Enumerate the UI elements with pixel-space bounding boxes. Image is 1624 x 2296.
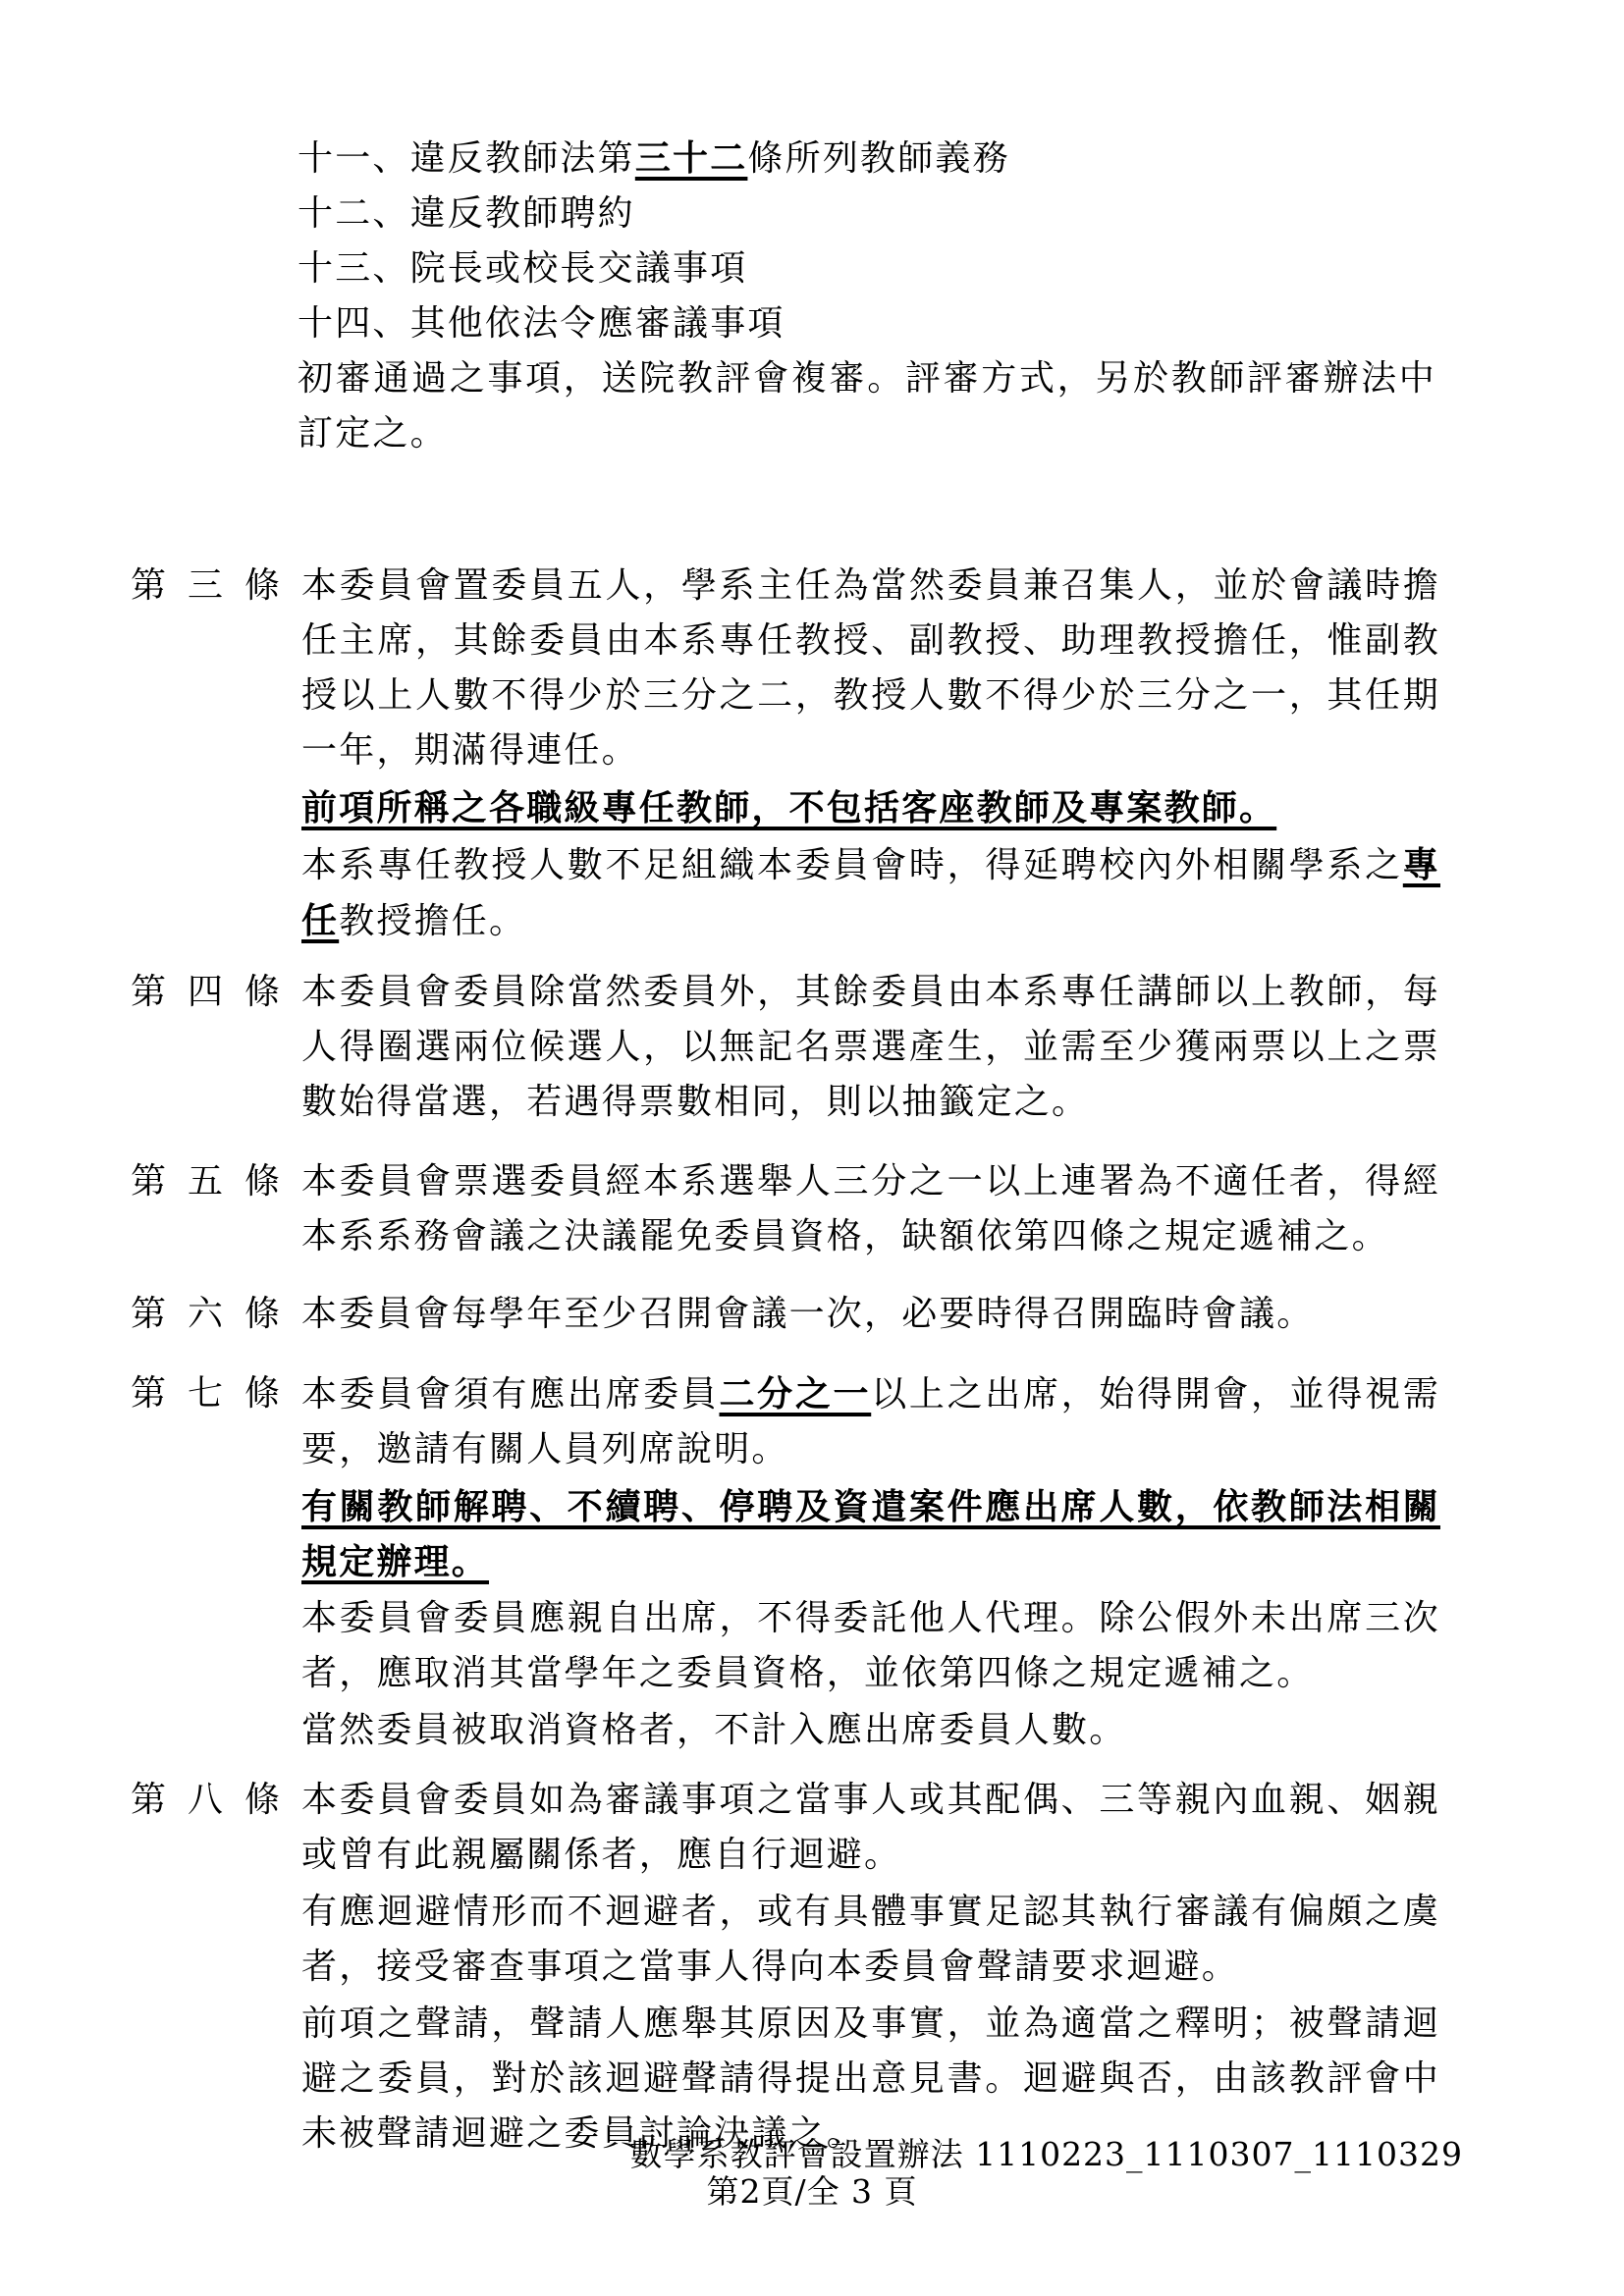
emphasized-text: 三十二: [635, 137, 748, 179]
footer-page-number: 第2頁/全 3 頁: [0, 2173, 1624, 2211]
article-number: 第四條: [0, 965, 301, 1020]
list-item: 十一、違反教師法第三十二條所列教師義務: [298, 131, 1436, 187]
article-paragraph: 本委員會每學年至少召開會議一次，必要時得召開臨時會議。: [301, 1287, 1440, 1342]
article-body: 本委員會票選委員經本系選舉人三分之一以上連署為不適任者，得經本系系務會議之決議罷…: [301, 1154, 1440, 1264]
article-7: 第七條 本委員會須有應出席委員二分之一以上之出席，始得開會，並得視需要，邀請有關…: [0, 1366, 1624, 1758]
article-body: 本委員會置委員五人，學系主任為當然委員兼召集人，並於會議時擔任主席，其餘委員由本…: [301, 559, 1440, 949]
article-paragraph: 本委員會委員如為審議事項之當事人或其配偶、三等親內血親、姻親或曾有此親屬關係者，…: [301, 1773, 1440, 1883]
text-segment: 條所列教師義務: [747, 138, 1009, 179]
article-number: 第五條: [0, 1154, 301, 1209]
article-6: 第六條 本委員會每學年至少召開會議一次，必要時得召開臨時會議。: [0, 1287, 1624, 1342]
article-number: 第七條: [0, 1366, 301, 1421]
text-segment: 十一、違反教師法第: [298, 138, 635, 179]
article-3: 第三條 本委員會置委員五人，學系主任為當然委員兼召集人，並於會議時擔任主席，其餘…: [0, 559, 1624, 949]
article-body: 本委員會委員除當然委員外，其餘委員由本系專任講師以上教師，每人得圈選兩位候選人，…: [301, 965, 1440, 1130]
article-paragraph: 本委員會須有應出席委員二分之一以上之出席，始得開會，並得視需要，邀請有關人員列席…: [301, 1366, 1440, 1477]
text-segment: 教授擔任。: [339, 901, 526, 941]
article-paragraph: 本委員會票選委員經本系選舉人三分之一以上連署為不適任者，得經本系系務會議之決議罷…: [301, 1154, 1440, 1264]
intro-paragraph: 初審通過之事項，送院教評會複審。評審方式，另於教師評審辦法中訂定之。: [298, 351, 1436, 461]
text-segment: 本系專任教授人數不足組織本委員會時，得延聘校內外相關學系之: [301, 845, 1403, 885]
article-paragraph: 本系專任教授人數不足組織本委員會時，得延聘校內外相關學系之專任教授擔任。: [301, 837, 1440, 949]
article-5: 第五條 本委員會票選委員經本系選舉人三分之一以上連署為不適任者，得經本系系務會議…: [0, 1154, 1624, 1264]
footer-doc-ref: 數學系教評會設置辦法 1110223_1110307_1110329: [0, 2136, 1624, 2173]
article-4: 第四條 本委員會委員除當然委員外，其餘委員由本系專任講師以上教師，每人得圈選兩位…: [0, 965, 1624, 1130]
emphasized-text: 二分之一: [720, 1373, 872, 1415]
list-item: 十二、違反教師聘約: [298, 187, 1436, 241]
emphasized-paragraph: 有關教師解聘、不續聘、停聘及資遣案件應出席人數，依教師法相關規定辦理。: [301, 1479, 1440, 1589]
article-paragraph: 當然委員被取消資格者，不計入應出席委員人數。: [301, 1703, 1440, 1758]
article-number: 第三條: [0, 559, 301, 614]
document-page: 十一、違反教師法第三十二條所列教師義務 十二、違反教師聘約 十三、院長或校長交議…: [0, 0, 1624, 2296]
list-item: 十四、其他依法令應審議事項: [298, 296, 1436, 351]
article-body: 本委員會每學年至少召開會議一次，必要時得召開臨時會議。: [301, 1287, 1440, 1342]
text-segment: 本委員會須有應出席委員: [301, 1374, 720, 1415]
intro-list: 十一、違反教師法第三十二條所列教師義務 十二、違反教師聘約 十三、院長或校長交議…: [0, 131, 1436, 461]
article-body: 本委員會委員如為審議事項之當事人或其配偶、三等親內血親、姻親或曾有此親屬關係者，…: [301, 1773, 1440, 2162]
article-paragraph: 本委員會委員除當然委員外，其餘委員由本系專任講師以上教師，每人得圈選兩位候選人，…: [301, 965, 1440, 1130]
article-paragraph: 本委員會置委員五人，學系主任為當然委員兼召集人，並於會議時擔任主席，其餘委員由本…: [301, 559, 1440, 778]
article-body: 本委員會須有應出席委員二分之一以上之出席，始得開會，並得視需要，邀請有關人員列席…: [301, 1366, 1440, 1758]
article-number: 第六條: [0, 1287, 301, 1342]
article-8: 第八條 本委員會委員如為審議事項之當事人或其配偶、三等親內血親、姻親或曾有此親屬…: [0, 1773, 1624, 2162]
emphasized-paragraph: 前項所稱之各職級專任教師，不包括客座教師及專案教師。: [301, 780, 1440, 835]
page-footer: 數學系教評會設置辦法 1110223_1110307_1110329 第2頁/全…: [0, 2136, 1624, 2211]
article-number: 第八條: [0, 1773, 301, 1828]
article-paragraph: 有應迴避情形而不迴避者，或有具體事實足認其執行審議有偏頗之虞者，接受審查事項之當…: [301, 1885, 1440, 1995]
document-content: 十一、違反教師法第三十二條所列教師義務 十二、違反教師聘約 十三、院長或校長交議…: [0, 0, 1624, 2162]
article-paragraph: 本委員會委員應親自出席，不得委託他人代理。除公假外未出席三次者，應取消其當學年之…: [301, 1591, 1440, 1701]
list-item: 十三、院長或校長交議事項: [298, 241, 1436, 296]
